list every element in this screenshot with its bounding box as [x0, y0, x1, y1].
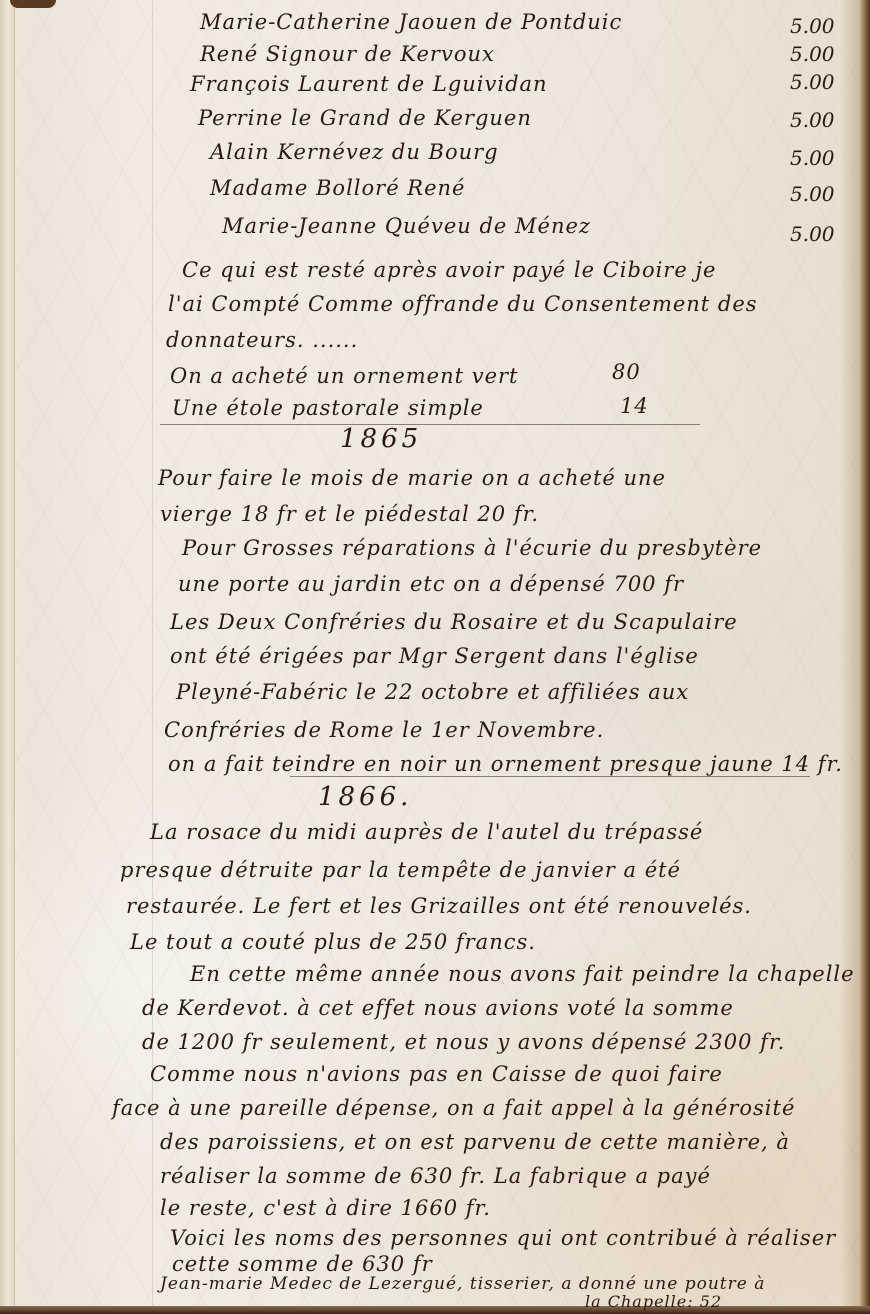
donor-name: Madame Bolloré René [210, 176, 466, 200]
text-line: Le tout a couté plus de 250 francs. [130, 930, 536, 954]
section-divider [290, 776, 810, 777]
donor-name: Marie-Jeanne Quéveu de Ménez [222, 214, 591, 238]
donor-amount: 5.00 [790, 14, 835, 38]
purchase-text: On a acheté un ornement vert [170, 364, 519, 388]
text-line: Comme nous n'avions pas en Caisse de quo… [150, 1062, 723, 1086]
donor-name: Perrine le Grand de Kerguen [198, 106, 532, 130]
text-line: des paroissiens, et on est parvenu de ce… [160, 1130, 790, 1154]
year-heading-1865: 1865 [340, 424, 422, 454]
text-line: face à une pareille dépense, on a fait a… [112, 1096, 795, 1120]
book-binding-edge [0, 0, 15, 1314]
donor-name: François Laurent de Lguividan [190, 72, 548, 96]
text-line: le reste, c'est à dire 1660 fr. [160, 1196, 491, 1220]
donor-amount: 5.00 [790, 108, 835, 132]
text-line: donnateurs. ...... [166, 328, 358, 352]
donor-name: Alain Kernévez du Bourg [210, 140, 499, 164]
text-line: on a fait teindre en noir un ornement pr… [168, 752, 843, 776]
text-line: vierge 18 fr et le piédestal 20 fr. [160, 502, 539, 526]
text-line: En cette même année nous avons fait pein… [190, 962, 855, 986]
text-line: presque détruite par la tempête de janvi… [120, 858, 681, 882]
year-heading-1866: 1866. [318, 782, 412, 812]
donor-amount: 5.00 [790, 146, 835, 170]
text-line: réaliser la somme de 630 fr. La fabrique… [160, 1164, 711, 1188]
text-line: la Chapelle: 52 [585, 1292, 722, 1311]
text-line: La rosace du midi auprès de l'autel du t… [150, 820, 703, 844]
text-line: Confréries de Rome le 1er Novembre. [164, 718, 604, 742]
purchase-text: Une étole pastorale simple [172, 396, 484, 420]
purchase-amount: 80 [612, 360, 641, 384]
text-line: l'ai Compté Comme offrande du Consenteme… [168, 292, 758, 316]
text-line: Pleyné-Fabéric le 22 octobre et affiliée… [176, 680, 689, 704]
page-right-edge [858, 0, 870, 1314]
donor-amount: 5.00 [790, 222, 835, 246]
text-line: Voici les noms des personnes qui ont con… [170, 1226, 836, 1250]
page-bottom-edge [0, 1306, 870, 1314]
donor-name: Marie-Catherine Jaouen de Pontduic [200, 10, 622, 34]
text-line: ont été érigées par Mgr Sergent dans l'é… [170, 644, 699, 668]
text-line: de Kerdevot. à cet effet nous avions vot… [142, 996, 734, 1020]
text-line: Ce qui est resté après avoir payé le Cib… [182, 258, 716, 282]
donor-amount: 5.00 [790, 42, 835, 66]
text-line: Jean-marie Medec de Lezergué, tisserier,… [160, 1274, 765, 1294]
donor-amount: 5.00 [790, 70, 835, 94]
text-line: Pour faire le mois de marie on a acheté … [158, 466, 666, 490]
text-line: restaurée. Le fert et les Grizailles ont… [126, 894, 752, 918]
text-line: Les Deux Confréries du Rosaire et du Sca… [170, 610, 738, 634]
book-cover-corner [10, 0, 56, 8]
register-page: Marie-Catherine Jaouen de Pontduic 5.00 … [0, 0, 870, 1314]
text-line: de 1200 fr seulement, et nous y avons dé… [142, 1030, 785, 1054]
text-line: Pour Grosses réparations à l'écurie du p… [182, 536, 762, 560]
donor-name: René Signour de Kervoux [200, 42, 495, 66]
purchase-amount: 14 [620, 394, 649, 418]
donor-amount: 5.00 [790, 182, 835, 206]
text-line: une porte au jardin etc on a dépensé 700… [178, 572, 684, 596]
section-divider [160, 424, 700, 425]
text-line: cette somme de 630 fr [172, 1252, 433, 1276]
